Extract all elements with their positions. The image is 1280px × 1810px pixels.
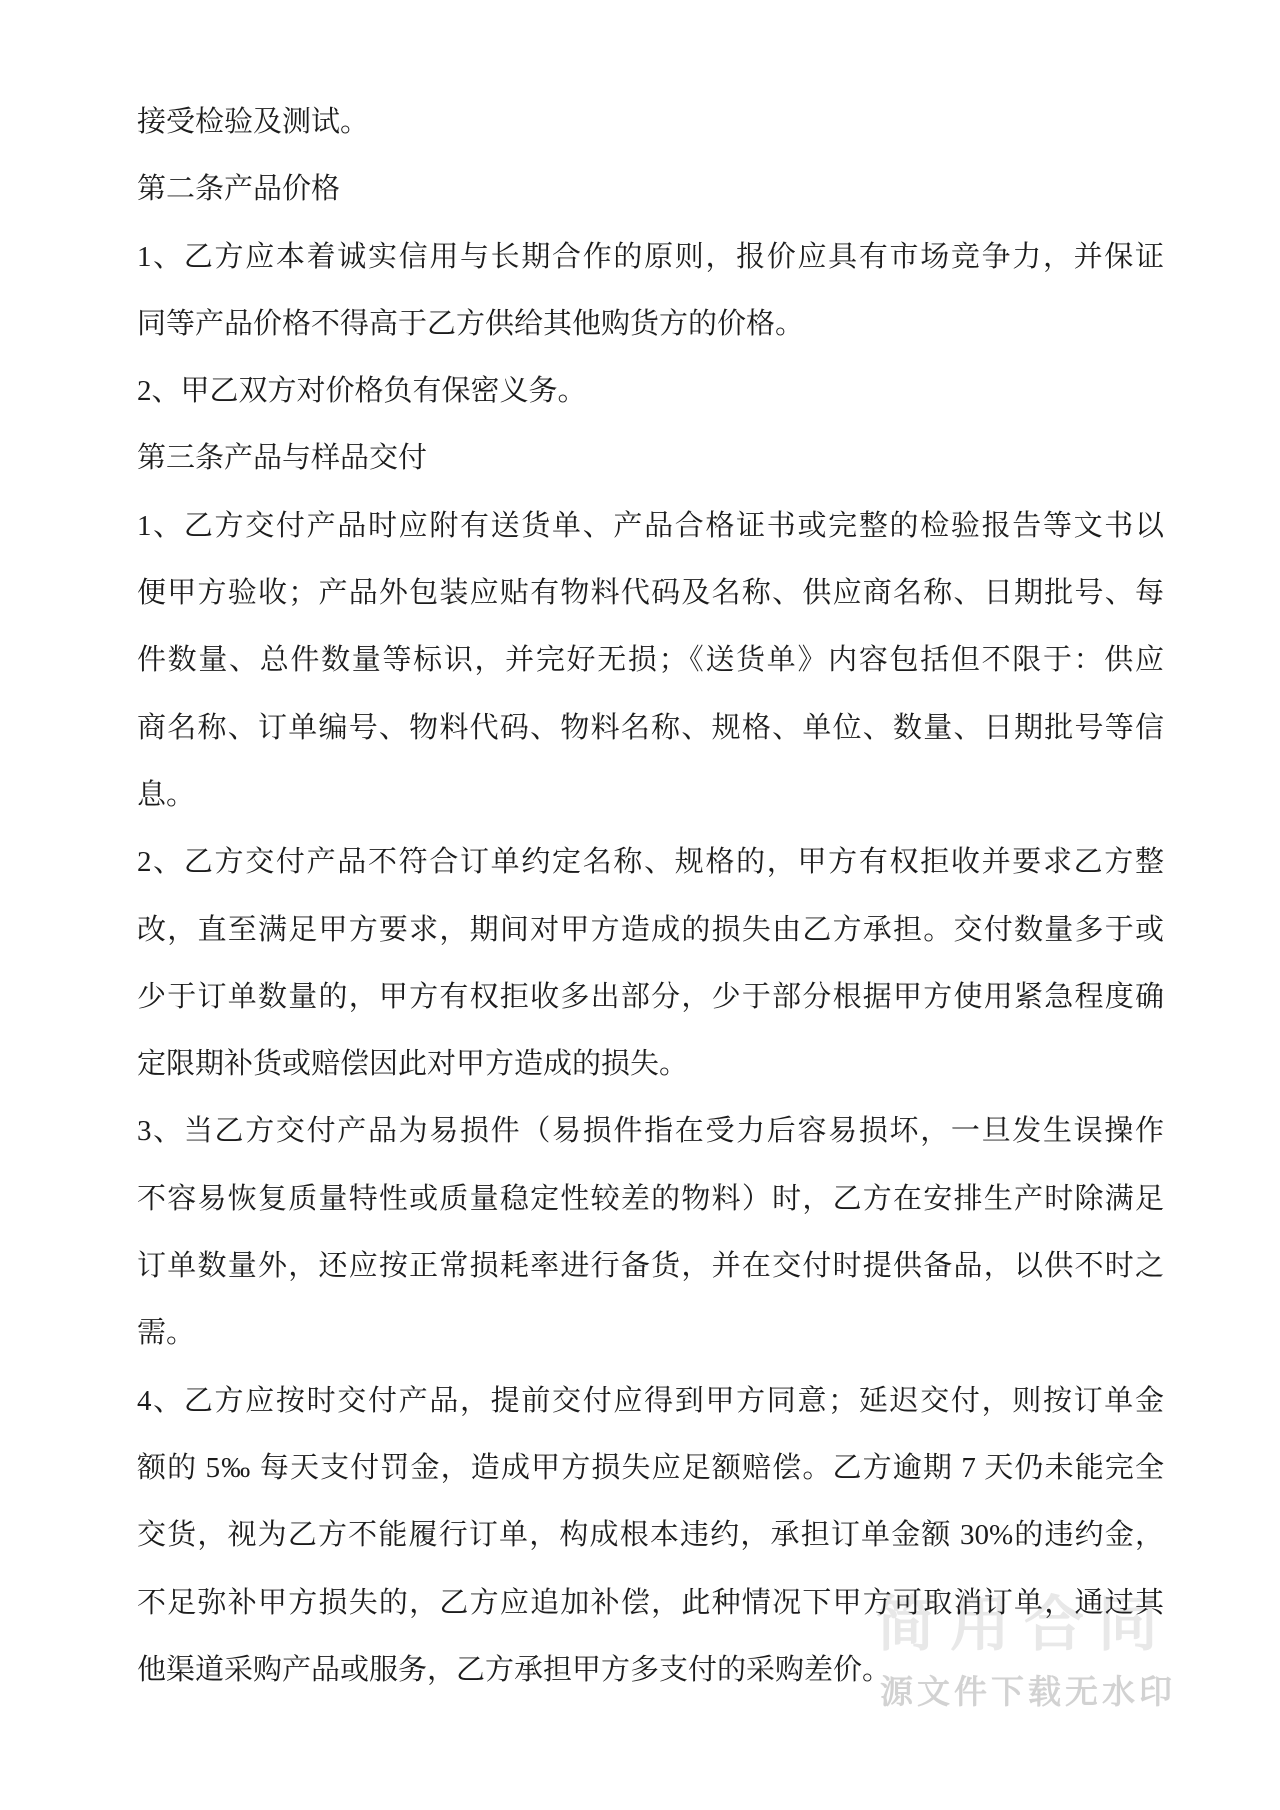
text-line: 订单数量外，还应按正常损耗率进行备货，并在交付时提供备品，以供不时之 [137,1233,1164,1300]
contract-text: 接受检验及测试。第二条产品价格1、乙方应本着诚实信用与长期合作的原则，报价应具有… [137,89,1164,1704]
text-line: 接受检验及测试。 [137,89,1164,156]
text-line: 不足弥补甲方损失的，乙方应追加补偿，此种情况下甲方可取消订单，通过其 [137,1570,1164,1637]
text-line: 定限期补货或赔偿因此对甲方造成的损失。 [137,1031,1164,1098]
text-line: 少于订单数量的，甲方有权拒收多出部分，少于部分根据甲方使用紧急程度确 [137,964,1164,1031]
text-line: 2、乙方交付产品不符合订单约定名称、规格的，甲方有权拒收并要求乙方整 [137,829,1164,896]
text-line: 不容易恢复质量特性或质量稳定性较差的物料）时，乙方在安排生产时除满足 [137,1166,1164,1233]
text-line: 需。 [137,1300,1164,1367]
text-line: 第二条产品价格 [137,156,1164,223]
text-line: 2、甲乙双方对价格负有保密义务。 [137,358,1164,425]
text-line: 1、乙方交付产品时应附有送货单、产品合格证书或完整的检验报告等文书以 [137,493,1164,560]
text-line: 第三条产品与样品交付 [137,425,1164,492]
text-line: 交货，视为乙方不能履行订单，构成根本违约，承担订单金额 30%的违约金， [137,1502,1164,1569]
text-line: 商名称、订单编号、物料代码、物料名称、规格、单位、数量、日期批号等信 [137,695,1164,762]
text-line: 1、乙方应本着诚实信用与长期合作的原则，报价应具有市场竞争力，并保证 [137,224,1164,291]
text-line: 同等产品价格不得高于乙方供给其他购货方的价格。 [137,291,1164,358]
text-line: 他渠道采购产品或服务，乙方承担甲方多支付的采购差价。 [137,1637,1164,1704]
text-line: 额的 5‰ 每天支付罚金，造成甲方损失应足额赔偿。乙方逾期 7 天仍未能完全 [137,1435,1164,1502]
text-line: 4、乙方应按时交付产品，提前交付应得到甲方同意；延迟交付，则按订单金 [137,1368,1164,1435]
text-line: 便甲方验收；产品外包装应贴有物料代码及名称、供应商名称、日期批号、每 [137,560,1164,627]
text-line: 3、当乙方交付产品为易损件（易损件指在受力后容易损坏，一旦发生误操作 [137,1098,1164,1165]
contract-page: 简用合同 源文件下载无水印 接受检验及测试。第二条产品价格1、乙方应本着诚实信用… [0,0,1280,1810]
text-line: 息。 [137,762,1164,829]
text-line: 改，直至满足甲方要求，期间对甲方造成的损失由乙方承担。交付数量多于或 [137,897,1164,964]
text-line: 件数量、总件数量等标识，并完好无损；《送货单》内容包括但不限于：供应 [137,627,1164,694]
